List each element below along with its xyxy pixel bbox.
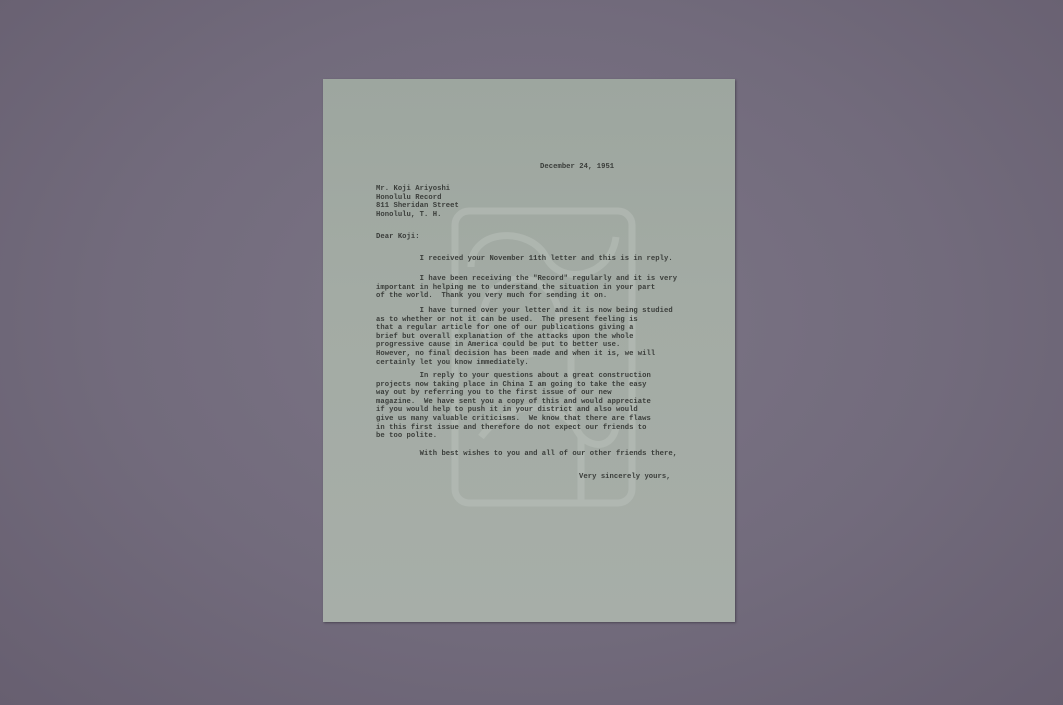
- letter-page: December 24, 1951 Mr. Koji Ariyoshi Hono…: [323, 79, 735, 622]
- salutation: Dear Koji:: [376, 233, 420, 242]
- paragraph: I received your November 11th letter and…: [376, 255, 673, 264]
- closing: Very sincerely yours,: [579, 473, 671, 482]
- paragraph: With best wishes to you and all of our o…: [376, 450, 677, 459]
- paragraph: I have been receiving the "Record" regul…: [376, 275, 677, 301]
- paragraph: I have turned over your letter and it is…: [376, 307, 673, 367]
- paragraph: In reply to your questions about a great…: [376, 372, 651, 441]
- recipient-organization: Honolulu Record: [376, 194, 441, 202]
- recipient-city: Honolulu, T. H.: [376, 211, 441, 219]
- recipient-address: Mr. Koji Ariyoshi Honolulu Record 811 Sh…: [376, 185, 459, 219]
- recipient-street: 811 Sheridan Street: [376, 202, 459, 210]
- letter-date: December 24, 1951: [540, 163, 614, 172]
- recipient-name: Mr. Koji Ariyoshi: [376, 185, 450, 193]
